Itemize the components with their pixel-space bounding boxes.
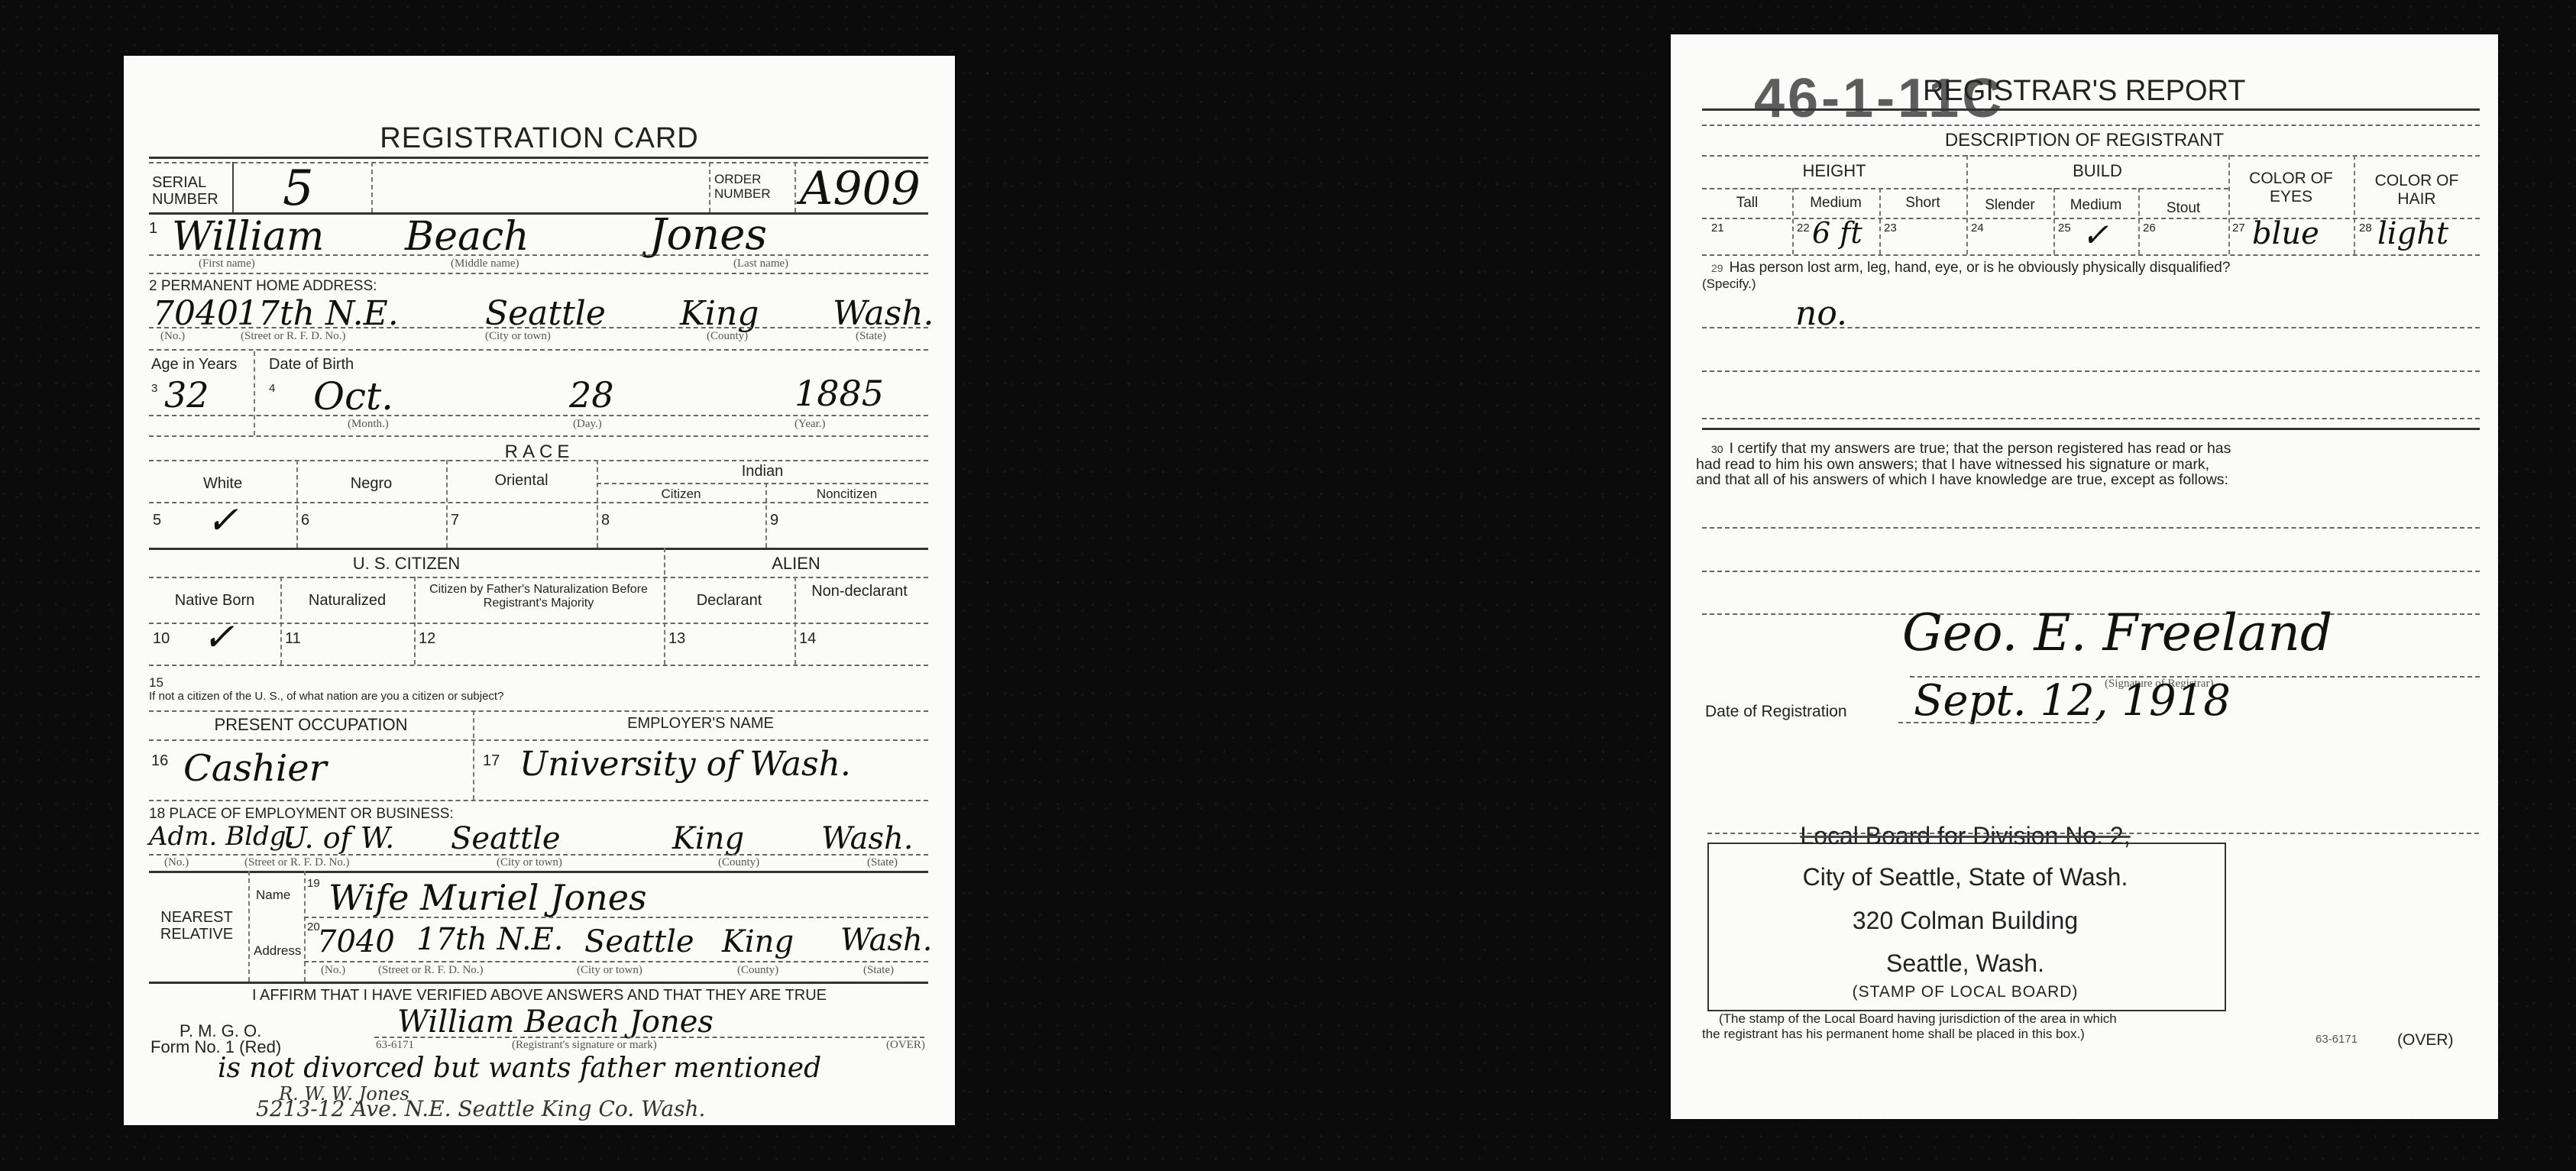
date-of-registration-label: Date of Registration (1705, 703, 1847, 721)
native-born-check: ✓ (202, 615, 235, 659)
col-short-label: Short (1879, 195, 1966, 212)
divider (2354, 155, 2355, 254)
field-number: 27 (2232, 222, 2245, 235)
divider (149, 854, 928, 856)
field-number: 12 (419, 630, 435, 648)
age-value: 32 (164, 374, 209, 416)
divider (794, 577, 796, 665)
sublabel-month: (Month.) (348, 418, 389, 431)
divider (473, 710, 474, 800)
col-build-medium-label: Medium (2053, 197, 2138, 214)
sublabel-state: (State) (863, 964, 894, 977)
stamp-line-4: Seattle, Wash. (1707, 949, 2223, 978)
serial-number-value: 5 (283, 160, 314, 217)
divider (248, 871, 250, 982)
birth-day-value: 28 (569, 374, 614, 416)
question-29: 29Has person lost arm, leg, hand, eye, o… (1711, 260, 2230, 277)
field-number: 30 (1711, 443, 1723, 455)
over-label: (OVER) (2397, 1031, 2454, 1050)
stamp-line-3: 320 Colman Building (1707, 907, 2223, 935)
alien-label: ALIEN (664, 554, 928, 574)
field-number: 14 (799, 630, 816, 648)
order-number-value: A909 (800, 162, 921, 215)
date-of-registration-value: Sept. 12, 1918 (1914, 676, 2231, 726)
field-number: 4 (269, 382, 275, 395)
race-white-label: White (149, 475, 296, 493)
first-name-label: (First name) (199, 257, 255, 270)
relative-name-value: Wife Muriel Jones (328, 877, 647, 918)
race-negro-label: Negro (296, 475, 446, 493)
employment-state: Wash. (821, 821, 914, 856)
relative-address-county: King (722, 924, 794, 959)
sublabel-county: (County) (718, 856, 759, 869)
height-label: HEIGHT (1702, 161, 1966, 181)
over-label: (OVER) (886, 1039, 925, 1052)
sublabel-city: (City or town) (577, 964, 642, 977)
sublabel-street: (Street or R. F. D. No.) (244, 856, 350, 869)
divider (1702, 254, 2480, 256)
field-number: 3 (151, 382, 157, 395)
occupation-label: PRESENT OCCUPATION (149, 715, 473, 735)
divider (1702, 527, 2480, 529)
last-name-value: Jones (649, 210, 767, 260)
divider (149, 157, 928, 159)
field-number: 21 (1711, 222, 1724, 235)
relative-name-label: Name (256, 888, 290, 903)
native-born-label: Native Born (149, 592, 280, 610)
field-number: 29 (1711, 262, 1723, 274)
sublabel-city: (City or town) (485, 330, 551, 343)
sublabel-street: (Street or R. F. D. No.) (241, 330, 346, 343)
relative-address-number: 7040 (317, 924, 395, 959)
divider (149, 871, 928, 873)
us-citizen-label: U. S. CITIZEN (149, 554, 664, 574)
report-subtitle: DESCRIPTION OF REGISTRANT (1671, 130, 2498, 151)
sublabel-state: (State) (856, 330, 886, 343)
field-number: 9 (770, 512, 778, 529)
relative-address-state: Wash. (840, 923, 933, 958)
middle-name-value: Beach (405, 214, 529, 260)
sublabel-no: (No.) (164, 856, 189, 869)
signature-label: (Registrant's signature or mark) (512, 1039, 657, 1052)
divider (1702, 125, 2480, 126)
relative-address-city: Seattle (584, 924, 694, 959)
field-number: 11 (285, 630, 301, 648)
divider (1702, 428, 2480, 430)
field-number: 24 (1971, 222, 1984, 235)
divider (304, 871, 306, 982)
declarant-label: Declarant (664, 592, 794, 610)
stamp-line-1: Local Board for Division No. 2, (1707, 822, 2223, 850)
divider (149, 435, 928, 437)
sublabel-state: (State) (867, 856, 898, 869)
divider (149, 982, 928, 984)
employment-county: King (672, 821, 744, 856)
divider (1702, 327, 2480, 328)
divider (1702, 108, 2480, 111)
date-of-birth-label: Date of Birth (269, 356, 354, 374)
divider (304, 917, 928, 918)
naturalized-label: Naturalized (280, 592, 414, 610)
employer-label: EMPLOYER'S NAME (473, 715, 928, 733)
field-number: 6 (301, 512, 309, 529)
sublabel-county: (County) (737, 964, 778, 977)
relative-address-label: Address (254, 943, 301, 959)
middle-name-label: (Middle name) (451, 257, 519, 270)
name-line (149, 254, 928, 256)
home-address-label: 2 PERMANENT HOME ADDRESS: (149, 278, 377, 295)
sublabel-no: (No.) (160, 330, 185, 343)
divider (149, 739, 928, 741)
order-number-label: ORDER NUMBER (714, 172, 771, 201)
registrar-signature: Geo. E. Freeland (1902, 603, 2332, 662)
address-line (149, 327, 928, 328)
certification-text: 30I certify that my answers are true; th… (1696, 441, 2483, 487)
field-number: 16 (151, 752, 168, 770)
divider (1702, 188, 2228, 189)
col-tall-label: Tall (1702, 195, 1792, 212)
divider (296, 460, 298, 548)
nearest-relative-label: NEAREST RELATIVE (153, 909, 241, 943)
birth-month-value: Oct. (313, 374, 393, 419)
sublabel-year: (Year.) (794, 418, 826, 431)
divider (2228, 155, 2230, 254)
hair-label: COLOR OF HAIR (2354, 172, 2480, 209)
employer-value: University of Wash. (519, 745, 851, 784)
sublabel-day: (Day.) (573, 418, 602, 431)
field-number: 19 (307, 877, 320, 890)
handwritten-note-3: 5213-12 Ave. N.E. Seattle King Co. Wash. (256, 1096, 705, 1121)
divider (149, 273, 928, 274)
date-line (149, 415, 928, 416)
hair-color-value: light (2377, 216, 2448, 251)
divider (1702, 370, 2480, 372)
field-number: 7 (451, 512, 459, 529)
place-of-employment-label: 18 PLACE OF EMPLOYMENT OR BUSINESS: (149, 806, 454, 823)
build-medium-check: ✓ (2082, 216, 2108, 254)
relative-address-street: 17th N.E. (416, 922, 564, 957)
field-number: 15 (149, 675, 163, 691)
divider (149, 710, 928, 712)
race-indian-citizen-label: Citizen (597, 487, 765, 502)
divider (1702, 571, 2480, 572)
question-29-specify: (Specify.) (1702, 277, 1756, 292)
divider (149, 800, 928, 801)
occupation-value: Cashier (183, 747, 327, 790)
field-number: 1 (149, 220, 157, 238)
eyes-label: COLOR OF EYES (2228, 170, 2354, 206)
first-name-value: William (172, 214, 324, 260)
employment-number: Adm. Bldg. (149, 821, 294, 852)
sublabel-street: (Street or R. F. D. No.) (378, 964, 484, 977)
birth-year-value: 1885 (794, 373, 884, 414)
race-indian-label: Indian (597, 463, 928, 480)
employment-street: U. of W. (283, 821, 394, 855)
divider (304, 961, 928, 962)
field-number: 26 (2143, 222, 2156, 235)
sublabel-no: (No.) (321, 964, 345, 977)
divider (414, 577, 416, 665)
field-number: 25 (2058, 222, 2071, 235)
field-number: 22 (1797, 222, 1810, 235)
stamp-line-2: City of Seattle, State of Wash. (1707, 863, 2223, 891)
divider (149, 665, 928, 666)
registrant-signature: William Beach Jones (397, 1004, 714, 1040)
divider (149, 548, 928, 550)
height-medium-value: 6 ft (1812, 216, 1862, 250)
col-height-medium-label: Medium (1792, 195, 1879, 212)
field-number: 17 (483, 752, 500, 770)
handwritten-note-1: is not divorced but wants father mention… (218, 1053, 821, 1084)
employment-city: Seattle (451, 821, 561, 856)
divider (371, 162, 373, 212)
col-slender-label: Slender (1966, 197, 2053, 214)
question-15-text: If not a citizen of the U. S., of what n… (149, 690, 503, 703)
divider (1702, 418, 2480, 419)
divider (709, 162, 710, 212)
non-declarant-label: Non-declarant (802, 583, 917, 600)
divider (232, 162, 234, 212)
field-number: 13 (668, 630, 685, 648)
sublabel-city: (City or town) (497, 856, 562, 869)
divider (149, 349, 928, 351)
eye-color-value: blue (2252, 216, 2319, 251)
card-title: REGISTRATION CARD (124, 122, 955, 155)
field-number: 23 (1884, 222, 1897, 235)
divider (254, 351, 255, 435)
divider (149, 460, 928, 461)
footnote-line-2: the registrant has his permanent home sh… (1702, 1027, 2085, 1042)
divider (794, 162, 796, 212)
field-number: 28 (2359, 222, 2372, 235)
signature-line (374, 1037, 924, 1038)
form-code: 63-6171 (2315, 1033, 2358, 1046)
divider (149, 577, 928, 578)
last-name-label: (Last name) (733, 257, 788, 270)
divider (597, 483, 928, 484)
citizen-by-father-label: Citizen by Father's Naturalization Befor… (422, 583, 655, 610)
divider (2138, 188, 2140, 254)
footnote-line-1: (The stamp of the Local Board having jur… (1719, 1011, 2117, 1027)
race-indian-noncitizen-label: Noncitizen (765, 487, 928, 502)
field-number: 8 (601, 512, 610, 529)
form-code: 63-6171 (376, 1039, 414, 1052)
stamp-caption: (STAMP OF LOCAL BOARD) (1707, 983, 2223, 1001)
divider (1702, 155, 2480, 157)
col-stout-label: Stout (2138, 200, 2228, 217)
age-label: Age in Years (151, 356, 237, 374)
divider (149, 623, 928, 624)
build-label: BUILD (1966, 161, 2228, 181)
divider (149, 502, 928, 503)
sublabel-county: (County) (707, 330, 748, 343)
question-29-text: Has person lost arm, leg, hand, eye, or … (1730, 260, 2231, 276)
race-white-check: ✓ (206, 498, 238, 542)
affirmation-text: I AFFIRM THAT I HAVE VERIFIED ABOVE ANSW… (124, 987, 955, 1004)
field-number: 5 (153, 512, 161, 529)
serial-number-label: SERIAL NUMBER (152, 174, 218, 208)
field-number: 10 (153, 630, 170, 648)
race-oriental-label: Oriental (446, 472, 597, 490)
divider (280, 577, 282, 665)
report-title: REGISTRAR'S REPORT (1923, 75, 2246, 108)
divider (1898, 722, 2097, 723)
